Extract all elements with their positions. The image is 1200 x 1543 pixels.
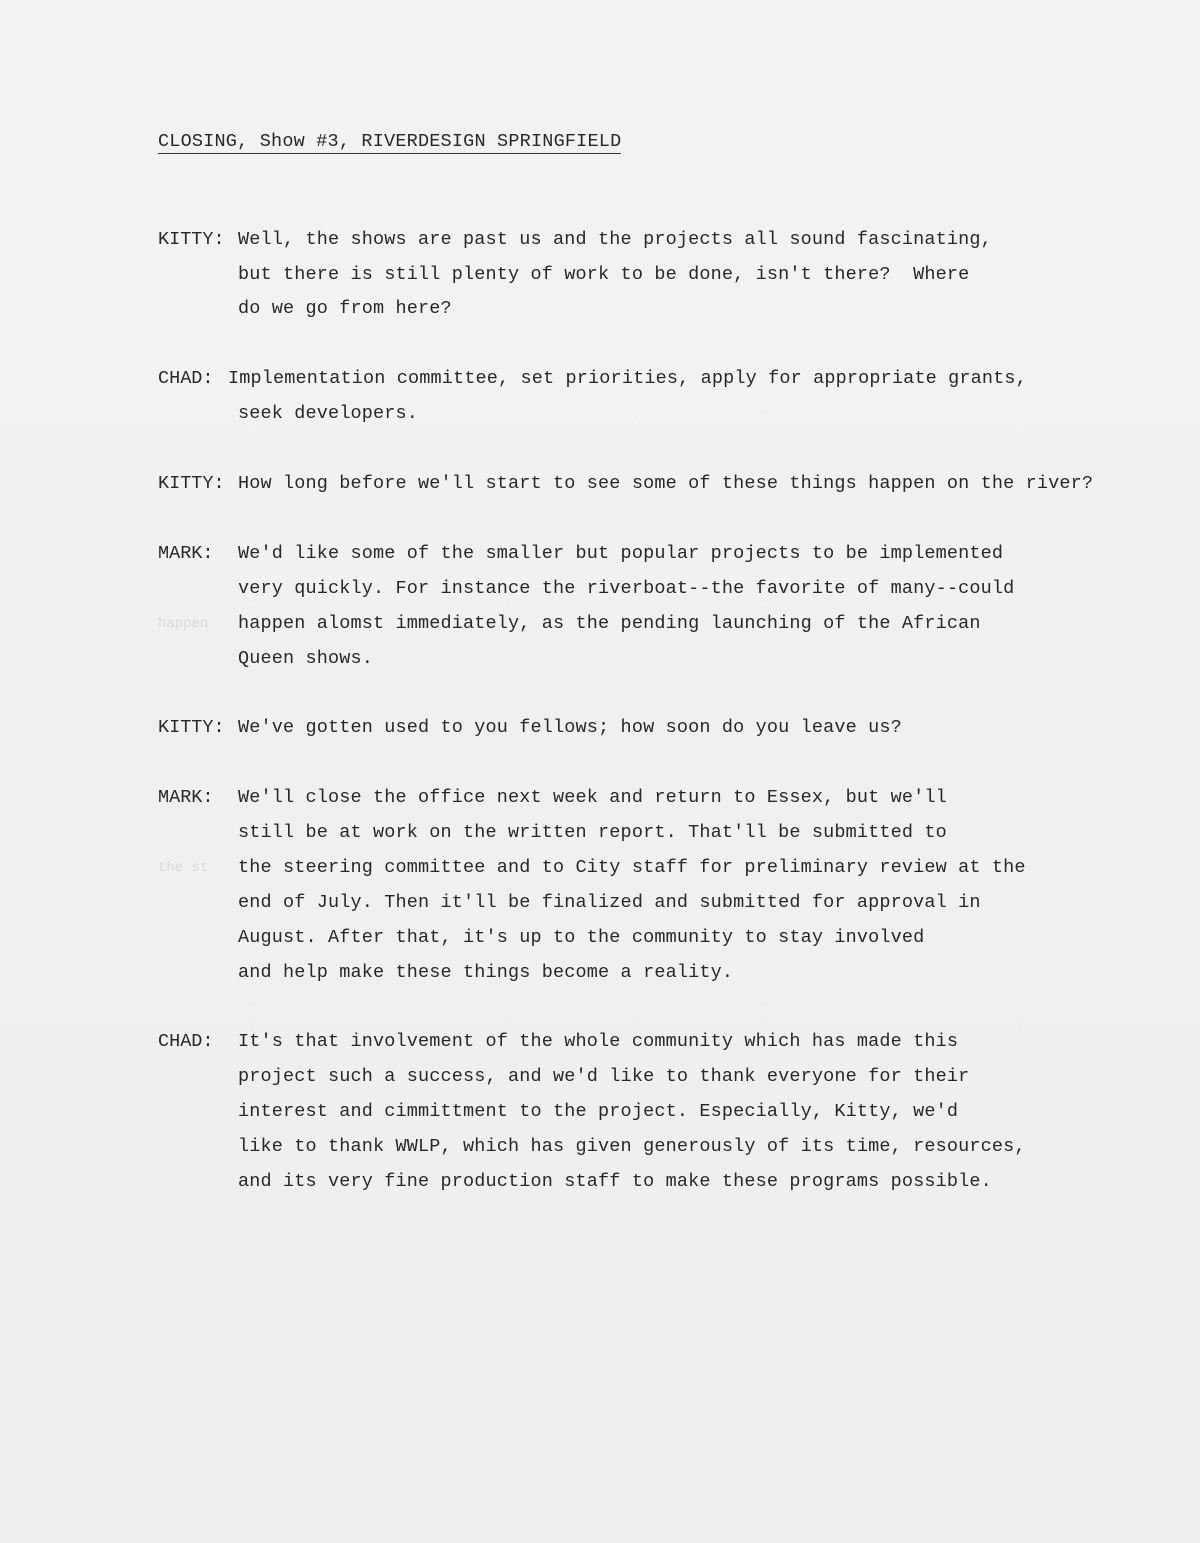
speaker-label: CHAD: [158,368,214,389]
bleed-through-text: the st [158,860,208,876]
dialogue-line: We'll close the office next week and ret… [238,787,947,808]
speaker-label: MARK: [158,787,214,808]
dialogue-line: August. After that, it's up to the commu… [238,927,924,948]
dialogue-line: It's that involvement of the whole commu… [238,1031,958,1052]
dialogue-line: Implementation committee, set priorities… [228,368,1027,389]
dialogue-line: still be at work on the written report. … [238,822,947,843]
dialogue-line: We'd like some of the smaller but popula… [238,543,1003,564]
dialogue-line: do we go from here? [238,298,452,319]
dialogue-line: and its very fine production staff to ma… [238,1171,992,1192]
dialogue-line: Well, the shows are past us and the proj… [238,229,992,250]
dialogue-line: How long before we'll start to see some … [238,473,1093,494]
dialogue-line: the steering committee and to City staff… [238,857,1026,878]
document-title: CLOSING, Show #3, RIVERDESIGN SPRINGFIEL… [158,131,621,154]
speaker-label: KITTY: [158,717,225,738]
dialogue-line: very quickly. For instance the riverboat… [238,578,1014,599]
typed-page: CLOSING, Show #3, RIVERDESIGN SPRINGFIEL… [0,0,1200,1543]
dialogue-line: and help make these things become a real… [238,962,733,983]
dialogue-line: but there is still plenty of work to be … [238,264,969,285]
speaker-label: KITTY: [158,229,225,250]
bleed-through-text: happen [158,616,208,632]
speaker-label: CHAD: [158,1031,214,1052]
dialogue-line: We've gotten used to you fellows; how so… [238,717,902,738]
dialogue-line: end of July. Then it'll be finalized and… [238,892,981,913]
dialogue-line: seek developers. [238,403,418,424]
dialogue-line: project such a success, and we'd like to… [238,1066,969,1087]
dialogue-line: interest and cimmittment to the project.… [238,1101,958,1122]
dialogue-line: happen alomst immediately, as the pendin… [238,613,981,634]
dialogue-line: Queen shows. [238,648,373,669]
speaker-label: MARK: [158,543,214,564]
dialogue-line: like to thank WWLP, which has given gene… [238,1136,1026,1157]
speaker-label: KITTY: [158,473,225,494]
